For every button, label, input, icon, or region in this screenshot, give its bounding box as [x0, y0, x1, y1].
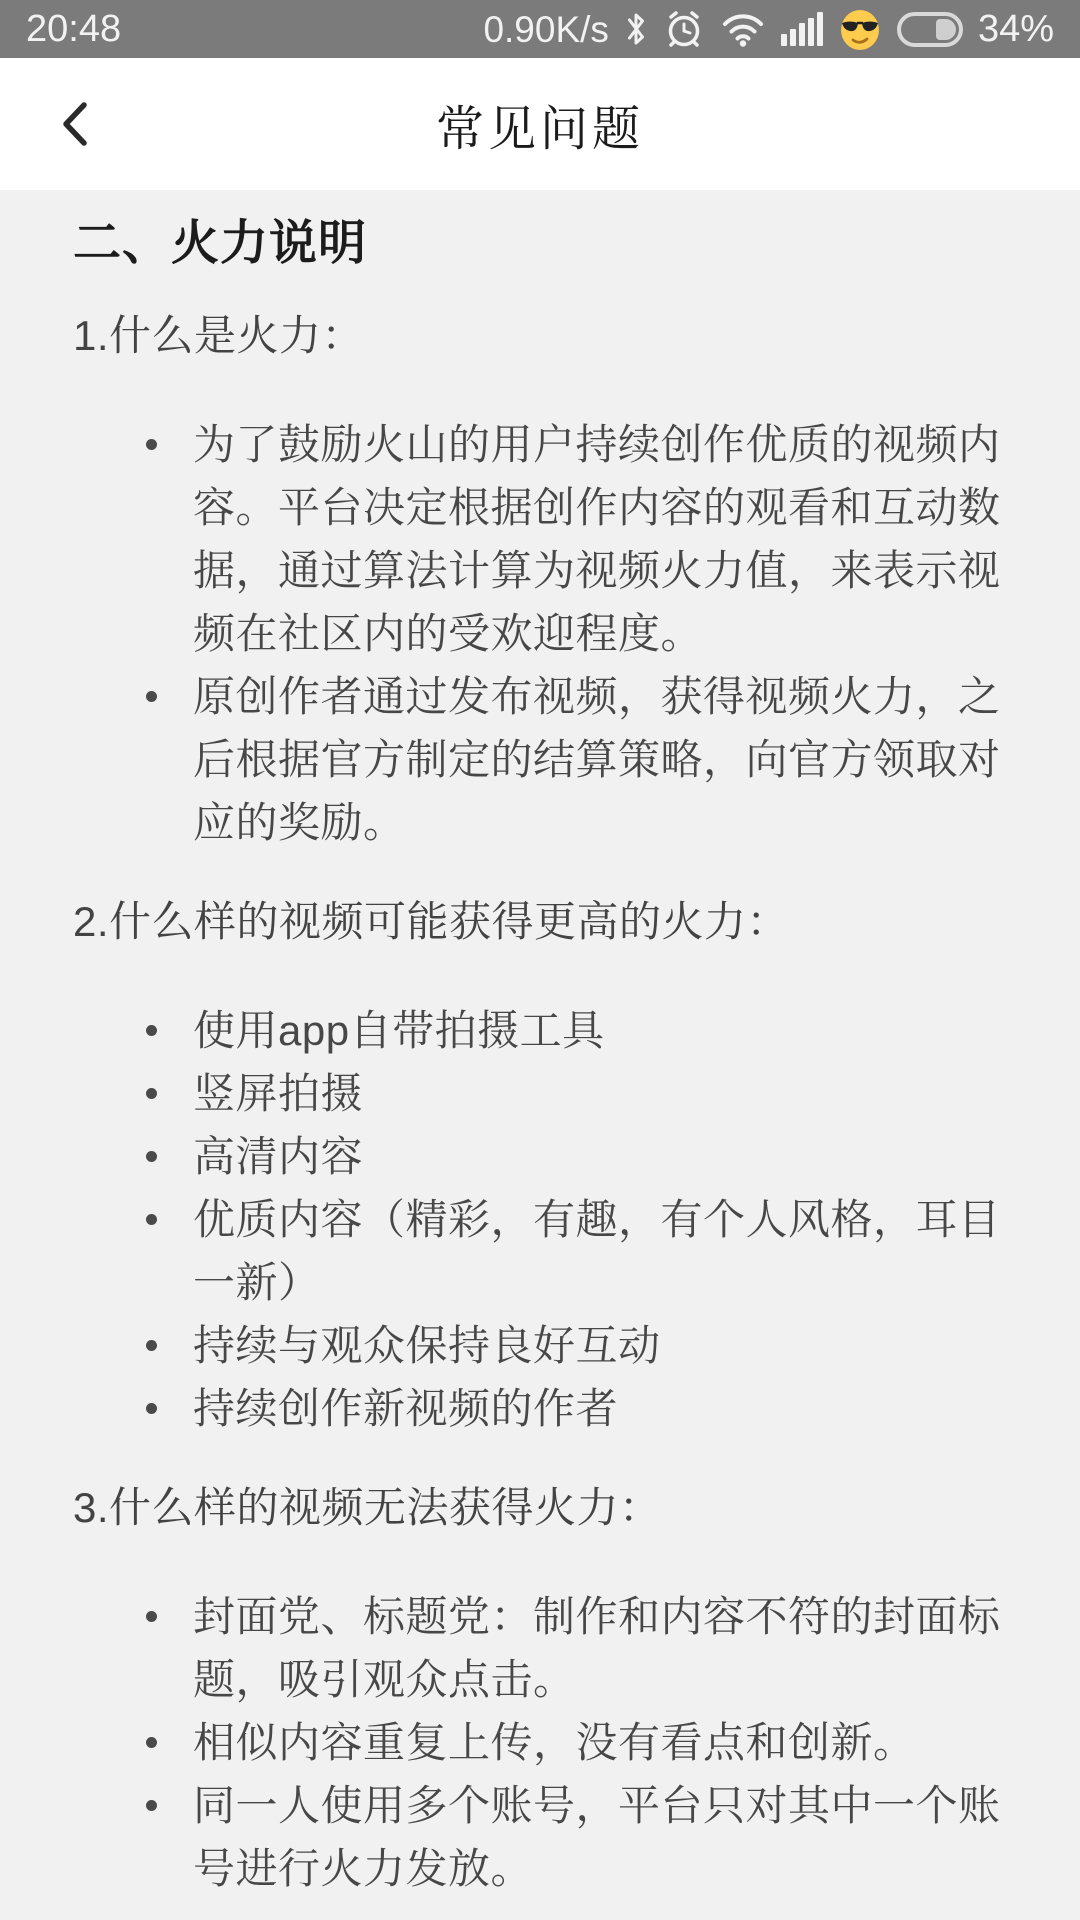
bullet-list: 为了鼓励火山的用户持续创作优质的视频内容。平台决定根据创作内容的观看和互动数据，… — [73, 413, 1013, 854]
bullet-item: 封面党、标题党：制作和内容不符的封面标题，吸引观众点击。 — [73, 1585, 1013, 1711]
page-title: 常见问题 — [436, 90, 644, 159]
back-button[interactable] — [34, 58, 114, 190]
section-title: 二、火力说明 — [73, 214, 1013, 274]
bullet-item: 持续与观众保持良好互动 — [73, 1314, 1013, 1377]
bullet-item: 原创作者通过发布视频，获得视频火力，之后根据官方制定的结算策略，向官方领取对应的… — [73, 665, 1013, 854]
bullet-item: 为了鼓励火山的用户持续创作优质的视频内容。平台决定根据创作内容的观看和互动数据，… — [73, 413, 1013, 665]
question-heading: 2.什么样的视频可能获得更高的火力： — [73, 890, 1013, 953]
bullet-item: 优质内容（精彩，有趣，有个人风格，耳目一新） — [73, 1188, 1013, 1314]
bullet-list: 封面党、标题党：制作和内容不符的封面标题，吸引观众点击。相似内容重复上传，没有看… — [73, 1585, 1013, 1900]
bullet-item: 相似内容重复上传，没有看点和创新。 — [73, 1711, 1013, 1774]
faq-scroll-area[interactable]: 二、火力说明 1.什么是火力：为了鼓励火山的用户持续创作优质的视频内容。平台决定… — [0, 190, 1080, 1920]
question-heading: 3.什么样的视频无法获得火力： — [73, 1476, 1013, 1539]
bluetooth-icon — [624, 10, 648, 48]
wifi-icon — [720, 11, 766, 47]
battery-fill — [936, 19, 956, 40]
bullet-list: 使用app自带拍摄工具竖屏拍摄高清内容优质内容（精彩，有趣，有个人风格，耳目一新… — [73, 999, 1013, 1440]
network-speed: 0.90K/s — [483, 11, 608, 48]
phone-screen: 20:48 0.90K/s — [0, 0, 1080, 1920]
bullet-item: 同一人使用多个账号，平台只对其中一个账号进行火力发放。 — [73, 1774, 1013, 1900]
signal-strength-icon — [781, 12, 823, 46]
alarm-clock-icon — [663, 8, 705, 50]
question-heading: 1.什么是火力： — [73, 304, 1013, 367]
status-bar: 20:48 0.90K/s — [0, 0, 1080, 58]
bullet-item: 持续创作新视频的作者 — [73, 1377, 1013, 1440]
bullet-item: 使用app自带拍摄工具 — [73, 999, 1013, 1062]
header: 常见问题 — [0, 58, 1080, 190]
faq-sections: 1.什么是火力：为了鼓励火山的用户持续创作优质的视频内容。平台决定根据创作内容的… — [73, 304, 1013, 1900]
sunglasses-emoji-icon — [838, 7, 882, 51]
clock-time: 20:48 — [26, 10, 121, 48]
bullet-item: 高清内容 — [73, 1125, 1013, 1188]
battery-icon — [897, 12, 963, 47]
chevron-left-icon — [60, 101, 88, 147]
battery-percent: 34% — [978, 10, 1054, 48]
bullet-item: 竖屏拍摄 — [73, 1062, 1013, 1125]
status-bar-right: 0.90K/s — [483, 7, 1054, 51]
